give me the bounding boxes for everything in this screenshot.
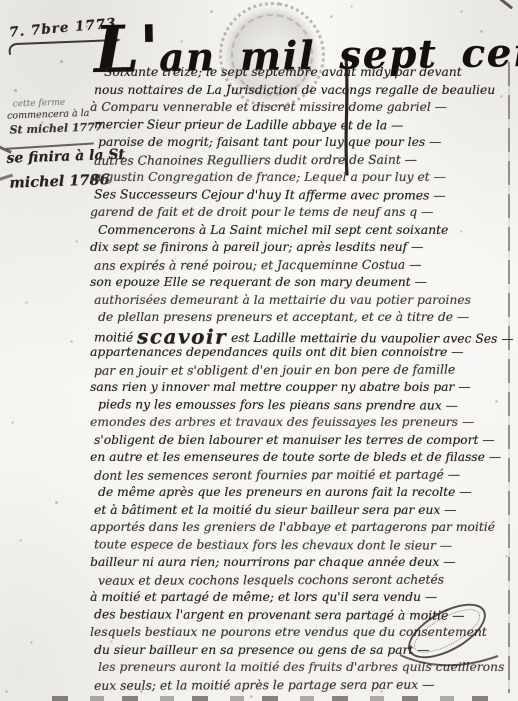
manuscript-line: les preneurs auront la moitié des fruits… [98,659,516,677]
manuscript-body: Soixante treize; le sept septembre avant… [90,64,516,694]
cut-off-text-line [52,696,508,701]
manuscript-line: de même après que les preneurs en aurons… [98,484,516,502]
manuscript-line: paroise de mogrit; faisant tant pour luy… [98,134,516,152]
manuscript-line: Ses Successeurs Cejour d'huy It afferme … [94,186,516,205]
manuscript-line: autres Chanoines Regulliers dudit ordre … [94,151,516,170]
manuscript-line: emondes des arbres et travaux des feuiss… [90,414,516,432]
manuscript-line: apportés dans les greniers de l'abbaye e… [90,519,516,537]
manuscript-line: nous nottaires de La Jurisdiction de vac… [94,82,516,100]
manuscript-line: sans rien y innover mal mettre coupper n… [90,379,516,397]
manuscript-line: s'obligent de bien labourer et manuiser … [94,432,516,450]
manuscript-page: 7. 7bre 1773 L'an mil sept cent cette fe… [0,0,518,701]
paper-speckles [0,0,1,1]
page-edge-line [508,62,510,693]
manuscript-line: bailleur ni aura rien; nourrirons par ch… [90,554,516,572]
manuscript-line: son epouze Elle se requerant de son mary… [90,274,516,292]
emphasized-word: scavoir [137,324,227,348]
manuscript-line: toute espece de bestiaux fors les chevau… [94,536,516,555]
manuscript-line: dont les semences seront fournies par mo… [94,466,516,485]
manuscript-line: augustin Congregation de france; Lequel … [90,169,516,187]
manuscript-line: Soixante treize; le sept septembre avant… [104,64,516,82]
manuscript-line: à moitié et partagé de même; et lors qu'… [90,589,516,607]
manuscript-line: par en jouir et s'obligent d'en jouir en… [94,361,516,380]
manuscript-line: Commencerons à La Saint michel mil sept … [98,222,516,240]
margin-note-line: commencera à la [7,107,103,121]
manuscript-line: pieds ny les emousses fors les pieans sa… [98,396,516,415]
manuscript-line: en autre et les emenseures de toute sort… [90,449,516,467]
manuscript-line: eux seuls; et la moitié après le partage… [94,676,516,695]
manuscript-line: authorisées demeurant à la mettairie du … [94,292,516,310]
manuscript-line: et à bâtiment et la moitié du sieur bail… [94,502,516,520]
manuscript-line: à Comparu vennerable et discret missire … [90,99,516,117]
manuscript-line: mercier Sieur prieur de Ladille abbaye e… [94,116,516,135]
manuscript-line: ans expirés à rené poirou; et Jacqueminn… [94,256,516,275]
manuscript-line: veaux et deux cochons lesquels cochons s… [98,571,516,590]
manuscript-line: moitié scavoir est Ladille mettairie du … [94,326,516,345]
manuscript-line: dix sept se finirons à pareil jour; aprè… [90,239,516,257]
manuscript-line: garend de fait et de droit pour le tems … [90,204,516,222]
